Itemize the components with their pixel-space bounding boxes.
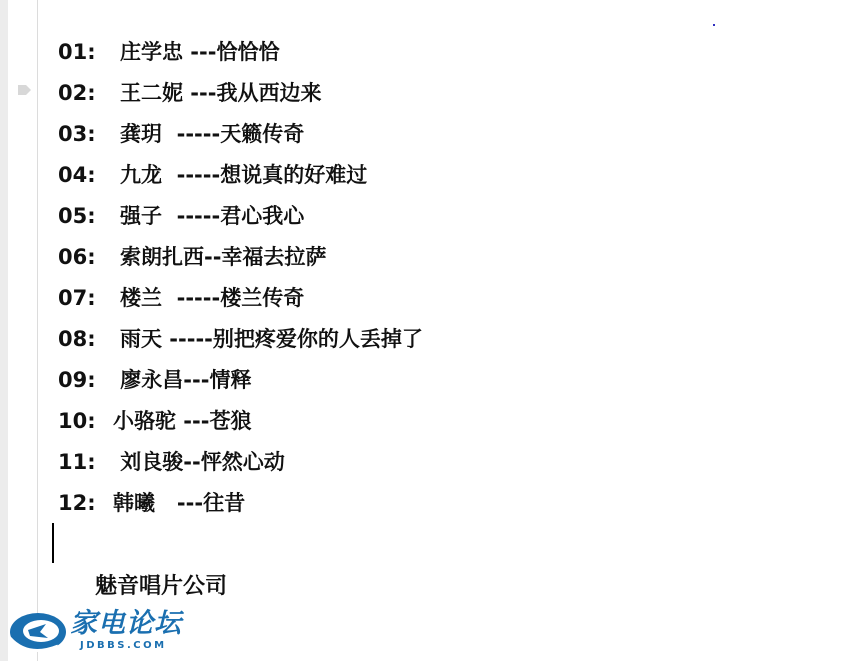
track-number: 04:	[58, 160, 120, 190]
track-text: 索朗扎西--幸福去拉萨	[120, 245, 326, 269]
track-text: 楼兰 -----楼兰传奇	[120, 286, 304, 310]
track-line: 01:庄学忠 ---恰恰恰	[58, 37, 279, 67]
track-line: 07:楼兰 -----楼兰传奇	[58, 283, 304, 313]
track-text: 韩曦 ---往昔	[113, 491, 245, 515]
track-text: 强子 -----君心我心	[120, 204, 304, 228]
track-line: 10:小骆驼 ---苍狼	[58, 406, 251, 436]
track-text: 廖永昌---情释	[113, 368, 251, 392]
watermark-logo: 家电论坛 JDBBS.COM	[8, 608, 193, 658]
watermark-title: 家电论坛	[70, 608, 182, 640]
track-number: 12:	[58, 488, 113, 518]
track-number: 09:	[58, 365, 113, 395]
track-line: 02:王二妮 ---我从西边来	[58, 78, 321, 108]
watermark-subtitle: JDBBS.COM	[80, 640, 167, 652]
track-number: 01:	[58, 37, 120, 67]
track-line: 05:强子 -----君心我心	[58, 201, 304, 231]
track-line: 06:索朗扎西--幸福去拉萨	[58, 242, 326, 272]
page-margin-line	[37, 0, 38, 661]
track-text: 庄学忠 ---恰恰恰	[120, 40, 279, 64]
stray-dot	[713, 24, 715, 26]
track-number: 03:	[58, 119, 120, 149]
company-name: 魅音唱片公司	[95, 572, 227, 602]
track-number: 05:	[58, 201, 120, 231]
left-margin-strip	[0, 0, 8, 661]
track-text: 雨天 -----别把疼爱你的人丢掉了	[120, 327, 423, 351]
track-line: 11: 刘良骏--怦然心动	[58, 447, 285, 477]
track-number: 08:	[58, 324, 120, 354]
track-text: 刘良骏--怦然心动	[113, 450, 285, 474]
track-number: 11:	[58, 447, 113, 477]
track-line: 04:九龙 -----想说真的好难过	[58, 160, 367, 190]
text-cursor	[52, 523, 54, 563]
track-text: 龚玥 -----天籁传奇	[120, 122, 304, 146]
track-text: 小骆驼 ---苍狼	[113, 409, 251, 433]
track-text: 九龙 -----想说真的好难过	[120, 163, 367, 187]
jdbbs-logo-icon	[8, 608, 70, 656]
track-line: 12:韩曦 ---往昔	[58, 488, 245, 518]
track-text: 王二妮 ---我从西边来	[120, 81, 321, 105]
track-number: 07:	[58, 283, 120, 313]
track-line: 08:雨天 -----别把疼爱你的人丢掉了	[58, 324, 423, 354]
track-line: 03:龚玥 -----天籁传奇	[58, 119, 304, 149]
track-line: 09: 廖永昌---情释	[58, 365, 251, 395]
track-number: 10:	[58, 406, 113, 436]
track-number: 06:	[58, 242, 120, 272]
track-number: 02:	[58, 78, 120, 108]
